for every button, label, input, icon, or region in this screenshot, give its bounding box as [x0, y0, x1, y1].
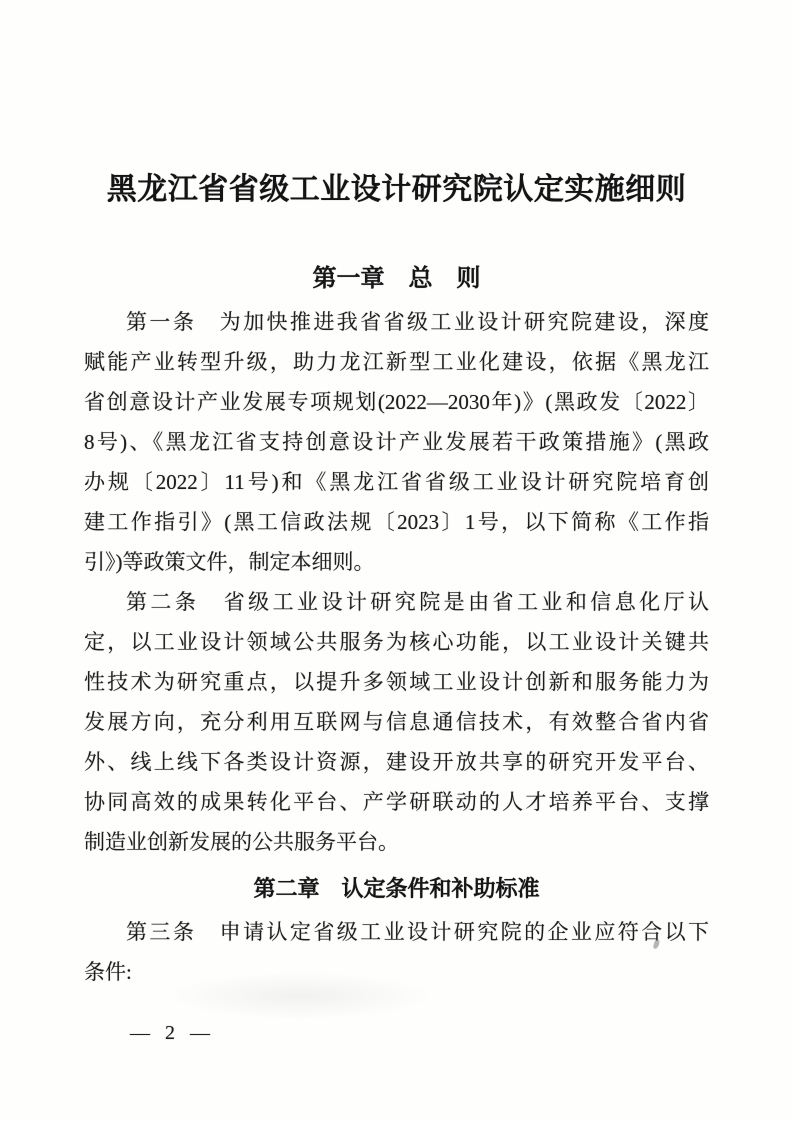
- article-3-line-2: 条件:: [84, 952, 709, 992]
- article-1-line-6: 建工作指引》(黑工信政法规〔2023〕1号，以下简称《工作指: [84, 502, 709, 542]
- article-3-line-1: 第三条 申请认定省级工业设计研究院的企业应符合以下: [84, 912, 709, 952]
- article-2-line-5: 外、线上线下各类设计资源，建设开放共享的研究开发平台、: [84, 742, 709, 782]
- page-number: — 2 —: [130, 1022, 709, 1045]
- article-2-line-7: 制造业创新发展的公共服务平台。: [84, 822, 709, 862]
- article-1-line-4: 8号)、《黑龙江省支持创意设计产业发展若干政策措施》(黑政: [84, 422, 709, 462]
- document-title: 黑龙江省省级工业设计研究院认定实施细则: [84, 172, 709, 208]
- article-2-line-4: 发展方向，充分利用互联网与信息通信技术，有效整合省内省: [84, 702, 709, 742]
- article-1-line-3: 省创意设计产业发展专项规划(2022—2030年)》(黑政发〔2022〕: [84, 382, 709, 422]
- article-3: 第三条 申请认定省级工业设计研究院的企业应符合以下 条件:: [84, 912, 709, 992]
- article-1-line-2: 赋能产业转型升级，助力龙江新型工业化建设，依据《黑龙江: [84, 342, 709, 382]
- article-1-line-5: 办规〔2022〕11号)和《黑龙江省省级工业设计研究院培育创: [84, 462, 709, 502]
- chapter-1-heading: 第一章 总 则: [84, 264, 709, 294]
- document-page: 黑龙江省省级工业设计研究院认定实施细则 第一章 总 则 第一条 为加快推进我省省…: [0, 0, 793, 1121]
- chapter-2-heading: 第二章 认定条件和补助标准: [84, 874, 709, 904]
- article-2: 第二条 省级工业设计研究院是由省工业和信息化厅认 定，以工业设计领域公共服务为核…: [84, 582, 709, 862]
- document-content: 黑龙江省省级工业设计研究院认定实施细则 第一章 总 则 第一条 为加快推进我省省…: [84, 172, 709, 1045]
- article-1-line-1: 第一条 为加快推进我省省级工业设计研究院建设，深度: [84, 302, 709, 342]
- article-2-line-6: 协同高效的成果转化平台、产学研联动的人才培养平台、支撑: [84, 782, 709, 822]
- article-1: 第一条 为加快推进我省省级工业设计研究院建设，深度 赋能产业转型升级，助力龙江新…: [84, 302, 709, 582]
- article-2-line-2: 定，以工业设计领域公共服务为核心功能，以工业设计关键共: [84, 622, 709, 662]
- article-2-line-3: 性技术为研究重点，以提升多领域工业设计创新和服务能力为: [84, 662, 709, 702]
- article-2-line-1: 第二条 省级工业设计研究院是由省工业和信息化厅认: [84, 582, 709, 622]
- article-1-line-7: 引》)等政策文件，制定本细则。: [84, 542, 709, 582]
